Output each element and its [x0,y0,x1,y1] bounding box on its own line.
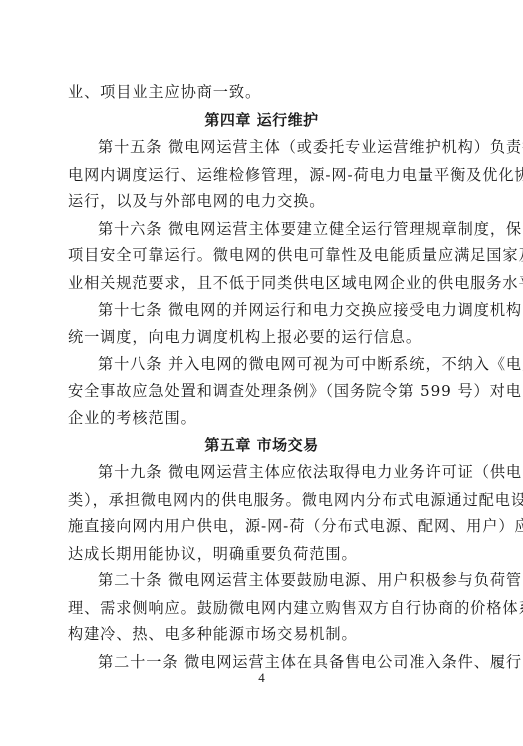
page-number: 4 [0,670,523,686]
text-line: 业、项目业主应协商一致。 [68,82,468,102]
text-line: 类），承担微电网内的供电服务。微电网内分布式电源通过配电设 [68,490,468,510]
article-first-line: 第二十条 微电网运营主体要鼓励电源、用户积极参与负荷管 [98,570,498,590]
text-line: 理、需求侧响应。鼓励微电网内建立购售双方自行协商的价格体系， [68,598,468,618]
text-line: 项目安全可靠运行。微电网的供电可靠性及电能质量应满足国家及行 [68,245,468,265]
text-line: 企业的考核范围。 [68,408,468,428]
article-first-line: 第十六条 微电网运营主体要建立健全运行管理规章制度，保障 [98,219,498,239]
article-first-line: 第二十一条 微电网运营主体在具备售电公司准入条件、履行 [98,652,498,672]
chapter-heading: 第五章 市场交易 [0,435,523,455]
text-line: 运行，以及与外部电网的电力交换。 [68,191,468,211]
text-line: 电网内调度运行、运维检修管理，源-网-荷电力电量平衡及优化协调 [68,165,468,185]
article-first-line: 第十七条 微电网的并网运行和电力交换应接受电力调度机构 [98,300,498,320]
article-first-line: 第十九条 微电网运营主体应依法取得电力业务许可证（供电 [98,462,498,482]
chapter-heading: 第四章 运行维护 [0,110,523,130]
text-line: 构建冷、热、电多种能源市场交易机制。 [68,624,468,644]
document-page: 业、项目业主应协商一致。第四章 运行维护第十五条 微电网运营主体（或委托专业运营… [0,0,523,746]
article-first-line: 第十八条 并入电网的微电网可视为可中断系统，不纳入《电力 [98,354,498,374]
text-line: 业相关规范要求，且不低于同类供电区域电网企业的供电服务水平。 [68,273,468,293]
article-first-line: 第十五条 微电网运营主体（或委托专业运营维护机构）负责微 [98,137,498,157]
text-line: 施直接向网内用户供电，源-网-荷（分布式电源、配网、用户）应 [68,516,468,536]
text-line: 统一调度，向电力调度机构上报必要的运行信息。 [68,327,468,347]
text-line: 达成长期用能协议，明确重要负荷范围。 [68,544,468,564]
text-line: 安全事故应急处置和调查处理条例》（国务院令第 599 号）对电网 [68,381,468,401]
